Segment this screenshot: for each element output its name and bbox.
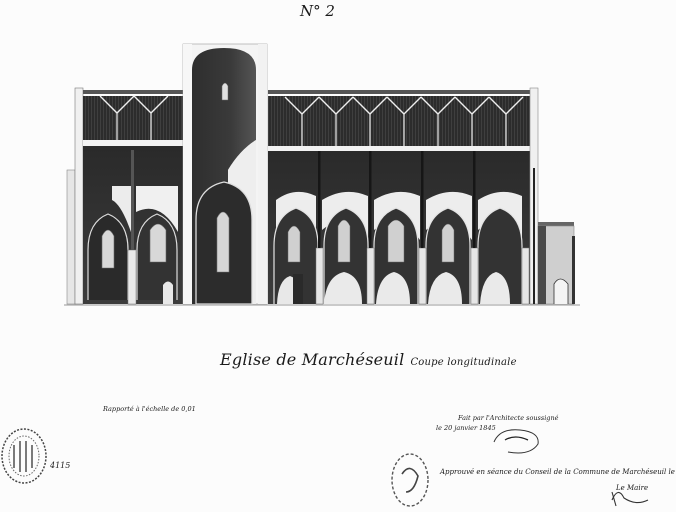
drawing-sheet: N° 2 Eglise de MarchéseuilCoupe longitud… <box>0 0 676 512</box>
signature-flourish-1 <box>494 430 538 453</box>
mayor-signature-label: Le Maire <box>616 484 648 492</box>
bell-tower <box>183 44 267 304</box>
bay-3 <box>374 192 420 304</box>
bay-2 <box>322 192 368 304</box>
church-section-drawing <box>0 0 676 512</box>
bay-4 <box>426 192 472 304</box>
bay-5 <box>478 192 522 304</box>
signature-flourish-2 <box>612 492 648 506</box>
sacristy <box>538 222 575 304</box>
scale-note: Rapporté à l'échelle de 0,01 <box>103 405 196 413</box>
drawing-title: Eglise de MarchéseuilCoupe longitudinale <box>220 350 517 369</box>
title-main: Eglise de Marchéseuil <box>220 350 404 369</box>
left-roof-truss <box>83 90 183 146</box>
approval-note: Approuvé en séance du Conseil de la Comm… <box>440 468 676 476</box>
title-subtitle: Coupe longitudinale <box>410 357 516 368</box>
right-nave <box>268 151 530 304</box>
left-nave <box>83 146 183 304</box>
right-roof-truss <box>268 90 530 151</box>
archive-stamp-left <box>2 429 46 483</box>
plate-number: N° 2 <box>300 2 335 20</box>
stamp-note: 4115 <box>50 461 70 470</box>
right-end-wall <box>530 88 538 304</box>
left-outer-wall <box>67 88 83 304</box>
made-by-line-2: le 20 janvier 1845 <box>436 424 496 432</box>
seal-stamp-bottom <box>392 454 428 506</box>
made-by-line-1: Fait par l'Architecte soussigné <box>458 414 559 422</box>
